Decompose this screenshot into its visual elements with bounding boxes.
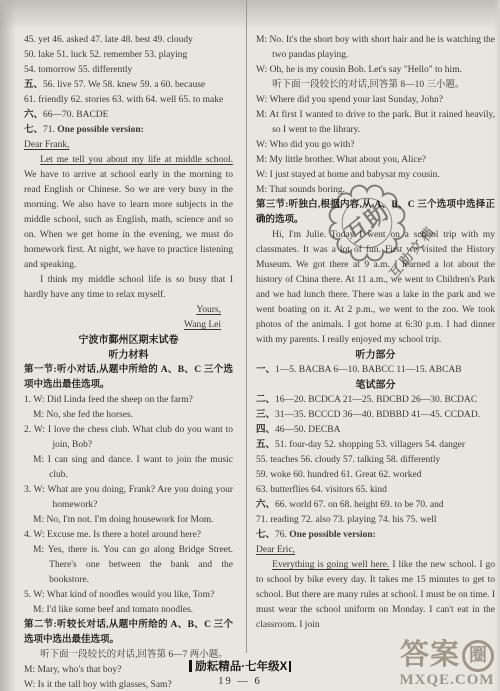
dialog-text: 1. W: Did Linda feed the sheep on the fa…: [24, 395, 193, 405]
answer-line: 55. teaches 56. cloudy 57. talking 58. d…: [256, 453, 495, 468]
footer-page-number: 19 — 6: [178, 676, 302, 687]
answer-line: 二、16—20. BCDCA 21—25. BDCBD 26—30. BCDAC: [256, 393, 495, 408]
answer-line: 50. lake 51. luck 52. remember 53. playi…: [24, 48, 233, 63]
dialog-line: 4. W: Excuse me. Is there a hotel around…: [24, 528, 233, 543]
dialog-text: M: I'd like some beef and tomato noodles…: [33, 605, 193, 615]
brand-watermark: 答案圈 MXQE.COM: [396, 640, 498, 688]
section-number: 二、: [256, 395, 275, 405]
dialog-text: M: No, she fed the horses.: [33, 410, 133, 420]
section-number: 六、: [256, 500, 275, 510]
salutation-text: Dear Eric,: [256, 545, 295, 555]
dialog-line: W: Oh, he is my cousin Bob. Let's say "H…: [256, 63, 495, 78]
section-number: 一、: [256, 365, 275, 375]
dialog-line: M: My little brother. What about you, Al…: [256, 153, 495, 168]
dialog-text: M: At first I wanted to drive to the par…: [256, 110, 495, 135]
answer-line: 63. butterflies 64. visitors 65. kind: [256, 483, 495, 498]
section-number: 五、: [256, 440, 275, 450]
answer-line: 一、1—5. BACBA 6—10. BABCC 11—15. ABCAB: [256, 363, 495, 378]
section-number: 四、: [256, 425, 275, 435]
section-3-header: 第三节:听独白,根据内容,从 A、B、C 三个选项中选择正确的选项。: [256, 198, 495, 228]
answer-line: 54. tomorrow 55. differently: [24, 63, 233, 78]
answer-text: 59. woke 60. hundred 61. Great 62. worke…: [256, 470, 421, 480]
page-footer: 励耘精品·七年级X 19 — 6: [178, 658, 302, 687]
dialog-line: M: No. It's the short boy with short hai…: [256, 33, 495, 63]
footer-right-bar: [289, 661, 291, 672]
answer-text: 31—35. BCCCD 36—40. BDBBD 41—45. CCDAD.: [275, 410, 480, 420]
answer-text: 45. yet 46. asked 47. late 48. best 49. …: [24, 35, 193, 45]
signature-text: Wang Lei: [184, 320, 221, 330]
dialog-text: W: Oh, he is my cousin Bob. Let's say "H…: [256, 65, 462, 75]
listen-instruction-text: 听下面一段较长的对话,回答第 8—10 三小题。: [272, 80, 464, 90]
monologue-paragraph: Hi, I'm Julie. Today I went on a school …: [256, 228, 495, 348]
dialog-text: M: My little brother. What about you, Al…: [256, 155, 426, 165]
answer-text: 1—5. BACBA 6—10. BABCC 11—15. ABCAB: [275, 365, 462, 375]
brand-watermark-title: 答案圈: [396, 640, 498, 672]
dialog-text: M: Yes, there is. You can go along Bridg…: [33, 545, 233, 585]
essay-paragraph: Everything is going well here. I like th…: [256, 558, 495, 633]
letter-salutation: Dear Eric,: [256, 543, 495, 558]
right-column: M: No. It's the short boy with short hai…: [256, 33, 495, 633]
section-number: 七、: [256, 530, 275, 540]
brand-site-text: MXQE.COM: [399, 672, 494, 688]
answer-text: 71.: [43, 125, 57, 135]
section-2-text: 第二节:听较长对话,从题中所给的 A、B、C 三个选项中选出最佳选项。: [24, 620, 233, 645]
monologue-text: Hi, I'm Julie. Today I went on a school …: [256, 230, 495, 345]
dialog-text: 3. W: What are you doing, Frank? Are you…: [24, 485, 233, 510]
one-possible-version-label: One possible version:: [57, 125, 144, 135]
answer-line: 71. reading 72. also 73. playing 74. his…: [256, 513, 495, 528]
answer-text: 54. tomorrow 55. differently: [24, 65, 132, 75]
answer-text: 46—50. DECBA: [275, 425, 340, 435]
answer-text: 61. friendly 62. stories 63. with 64. we…: [24, 95, 223, 105]
footer-brand-text: 励耘精品·七年级X: [195, 661, 287, 673]
answer-text: 50. lake 51. luck 52. remember 53. playi…: [24, 50, 187, 60]
brand-watermark-circle: 圈: [462, 640, 494, 672]
exam-title-text: 宁波市鄞州区期末试卷: [79, 335, 179, 346]
listening-material-title: 听力材料: [24, 348, 233, 363]
answer-line: 45. yet 46. asked 47. late 48. best 49. …: [24, 33, 233, 48]
letter-body-text: We have to arrive at school early in the…: [24, 170, 233, 270]
answer-line: 六、66—70. BACDE: [24, 108, 233, 123]
dialog-line: 3. W: What are you doing, Frank? Are you…: [24, 483, 233, 513]
dialog-line: 1. W: Did Linda feed the sheep on the fa…: [24, 393, 233, 408]
column-divider: [246, 0, 247, 653]
letter-paragraph: Let me tell you about my life at middle …: [24, 153, 233, 273]
section-2-header: 第二节:听较长对话,从题中所给的 A、B、C 三个选项中选出最佳选项。: [24, 618, 233, 648]
dialog-text: W: I just stayed at home and babysat my …: [256, 170, 440, 180]
letter-salutation: Dear Frank,: [24, 138, 233, 153]
dialog-text: 5. W: What kind of noodles would you lik…: [24, 590, 214, 600]
dialog-line: M: No, I'm not. I'm doing housework for …: [33, 513, 233, 528]
dialog-line: M: I can sing and dance. I want to join …: [33, 453, 233, 483]
answer-text: 51. four-day 52. shopping 53. villagers …: [275, 440, 465, 450]
answer-text: 56. live 57. We 58. knew 59. a 60. becau…: [43, 80, 205, 90]
paper-edge-top-shading: [0, 0, 500, 30]
scanned-answer-page: 45. yet 46. asked 47. late 48. best 49. …: [0, 0, 500, 691]
listening-material-text: 听力材料: [109, 350, 149, 361]
page-number-text: 19 — 6: [218, 676, 262, 687]
brand-watermark-chars: 答案: [400, 639, 460, 671]
dialog-text: M: Mary, who's that boy?: [24, 665, 121, 675]
answer-text: 66. world 67. on 68. height 69. to be 70…: [275, 500, 444, 510]
dialog-line: M: No, she fed the horses.: [33, 408, 233, 423]
section-number: 七、: [24, 125, 43, 135]
answer-line: 四、46—50. DECBA: [256, 423, 495, 438]
dialog-text: 4. W: Excuse me. Is there a hotel around…: [24, 530, 201, 540]
one-possible-version-label: One possible version:: [289, 530, 376, 540]
dialog-line: M: At first I wanted to drive to the par…: [256, 108, 495, 138]
dialog-text: M: No, I'm not. I'm doing housework for …: [33, 515, 213, 525]
salutation-text: Dear Frank,: [24, 140, 69, 150]
answer-text: 16—20. BCDCA 21—25. BDCBD 26—30. BCDAC: [275, 395, 477, 405]
section-1-header: 第一节:听小对话,从题中所给的 A、B、C 三个选项中选出最佳选项。: [24, 363, 233, 393]
dialog-line: M: I'd like some beef and tomato noodles…: [33, 603, 233, 618]
paper-edge-left-shading: [0, 0, 16, 691]
listen-instruction: 听下面一段较长的对话,回答第 8—10 三小题。: [256, 78, 495, 93]
section-number: 三、: [256, 410, 275, 420]
answer-line: 59. woke 60. hundred 61. Great 62. worke…: [256, 468, 495, 483]
dialog-line: W: I just stayed at home and babysat my …: [256, 168, 495, 183]
dialog-text: M: I can sing and dance. I want to join …: [33, 455, 233, 480]
answer-line: 七、71. One possible version:: [24, 123, 233, 138]
answer-line: 三、31—35. BCCCD 36—40. BDBBD 41—45. CCDAD…: [256, 408, 495, 423]
dialog-line: W: Who did you go with?: [256, 138, 495, 153]
answer-line: 五、51. four-day 52. shopping 53. villager…: [256, 438, 495, 453]
written-part-text: 笔试部分: [356, 380, 396, 391]
dialog-text: 2. W: I love the chess club. What club d…: [24, 425, 233, 450]
dialog-line: M: That sounds boring.: [256, 183, 495, 198]
letter-signature: Wang Lei: [24, 318, 233, 333]
footer-brand: 励耘精品·七年级X: [178, 658, 302, 674]
answer-line: 61. friendly 62. stories 63. with 64. we…: [24, 93, 233, 108]
answer-line: 七、76. One possible version:: [256, 528, 495, 543]
letter-signoff: Yours,: [24, 303, 233, 318]
brand-watermark-site: MXQE.COM: [396, 672, 498, 688]
footer-left-bar: [189, 660, 192, 672]
section-number: 五、: [24, 80, 43, 90]
signoff-text: Yours,: [196, 305, 221, 315]
underlined-opening: Everything is going well here.: [272, 560, 389, 570]
answer-text: 63. butterflies 64. visitors 65. kind: [256, 485, 387, 495]
dialog-line: 5. W: What kind of noodles would you lik…: [24, 588, 233, 603]
listening-part-heading: 听力部分: [256, 348, 495, 363]
underlined-opening: Let me tell you about my life at middle …: [40, 155, 233, 165]
essay-body-text: I like the new school. I go to school by…: [256, 560, 495, 630]
dialog-line: M: Yes, there is. You can go along Bridg…: [33, 543, 233, 588]
dialog-line: W: Where did you spend your last Sunday,…: [256, 93, 495, 108]
dialog-line: 2. W: I love the chess club. What club d…: [24, 423, 233, 453]
answer-text: 66—70. BACDE: [43, 110, 108, 120]
letter-paragraph: I think my middle school life is so busy…: [24, 273, 233, 303]
dialog-text: W: Is it the tall boy with glasses, Sam?: [24, 680, 172, 690]
letter-body-text: I think my middle school life is so busy…: [24, 275, 233, 300]
answer-text: 71. reading 72. also 73. playing 74. his…: [256, 515, 436, 525]
answer-line: 五、56. live 57. We 58. knew 59. a 60. bec…: [24, 78, 233, 93]
dialog-text: W: Where did you spend your last Sunday,…: [256, 95, 443, 105]
section-3-text: 第三节:听独白,根据内容,从 A、B、C 三个选项中选择正确的选项。: [256, 200, 495, 225]
written-part-heading: 笔试部分: [256, 378, 495, 393]
left-column: 45. yet 46. asked 47. late 48. best 49. …: [24, 33, 233, 691]
answer-text: 55. teaches 56. cloudy 57. talking 58. d…: [256, 455, 440, 465]
answer-text: 76.: [275, 530, 289, 540]
answer-line: 六、66. world 67. on 68. height 69. to be …: [256, 498, 495, 513]
exam-title: 宁波市鄞州区期末试卷: [24, 333, 233, 348]
dialog-text: M: No. It's the short boy with short hai…: [256, 35, 495, 60]
dialog-text: M: That sounds boring.: [256, 185, 345, 195]
dialog-text: W: Who did you go with?: [256, 140, 354, 150]
section-1-text: 第一节:听小对话,从题中所给的 A、B、C 三个选项中选出最佳选项。: [24, 365, 233, 390]
listening-part-text: 听力部分: [356, 350, 396, 361]
section-number: 六、: [24, 110, 43, 120]
